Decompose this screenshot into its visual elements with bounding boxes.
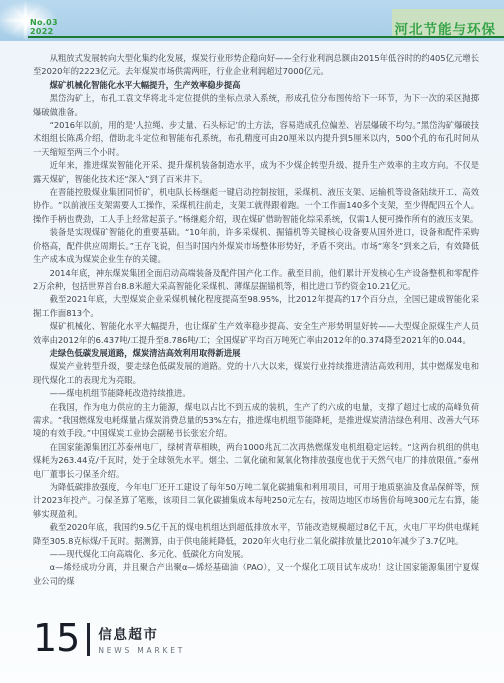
article-paragraph: 黑岱沟矿上，布孔工袁文华将北斗定位提供的坐标点录入系统，形成孔位分布图传给下一环…	[33, 92, 479, 119]
article-paragraph: α—烯烃成功分离，并且聚合产出聚α—烯烃基础油（PAO），又一个煤化工项目试车成…	[33, 561, 479, 588]
article-paragraph: 截至2021年底，大型煤炭企业采煤机械化程度提高至98.95%，比2012年提高…	[33, 293, 479, 320]
section-title-en: NEWS MARKET	[98, 646, 185, 655]
issue-block: No.03 2022	[30, 18, 58, 36]
article-paragraph: ——现代煤化工向高端化、多元化、低碳化方向发展。	[33, 548, 479, 561]
header-rule	[28, 36, 504, 38]
section-heading: 煤矿机械化智能化水平大幅提升，生产效率稳步提高	[33, 79, 479, 92]
page-footer: 15 信息超市 NEWS MARKET	[33, 617, 185, 659]
section-title-cn: 信息超市	[98, 623, 185, 643]
footer-titles: 信息超市 NEWS MARKET	[98, 617, 185, 655]
footer-divider	[87, 623, 90, 656]
issue-number: No.03	[30, 18, 58, 27]
header-band: No.03 2022 河北节能与环保	[0, 0, 504, 41]
article-paragraph: 2014年底，神东煤炭集团全面启动高端装备及配件国产化工作。截至目前，他们累计开…	[33, 267, 479, 294]
page-number: 15	[33, 617, 79, 659]
article-paragraph: 在我国，作为电力供应的主力能源，煤电以占比不到五成的装机，生产了约六成的电量，支…	[33, 401, 479, 441]
section-heading: 走绿色低碳发展道路，煤炭清洁高效利用取得新进展	[33, 347, 479, 360]
article-paragraph: 煤矿机械化、智能化水平大幅提升，也让煤矿生产效率稳步提高、安全生产形势明显好转—…	[33, 320, 479, 347]
magazine-page: No.03 2022 河北节能与环保 从粗放式发展转向大型化集约化发展，煤炭行业…	[0, 0, 504, 683]
article-paragraph: “2016年以前，用的是‘人拉绳、步丈量、石头标记’的土方法，容易造成孔位偏差、…	[33, 119, 479, 159]
issue-year: 2022	[30, 27, 58, 36]
article-paragraph: 为降低碳排放强度，今年电厂还开工建设了每年50万吨二氧化碳捕集和利用项目，可用于…	[33, 481, 479, 521]
article-paragraph: ——煤电机组节能降耗改造持续推进。	[33, 387, 479, 400]
article-paragraph: 煤炭产业转型升级，要走绿色低碳发展的道路。党的十八大以来，煤炭行业持续推进清洁高…	[33, 360, 479, 387]
article-paragraph: 在晋能控股煤业集团同忻矿，机电队长杨继彪一键启动控制按钮，采煤机、液压支架、运输…	[33, 186, 479, 226]
journal-title: 河北节能与环保	[395, 18, 497, 38]
article-paragraph: 截至2020年底，我国约9.5亿千瓦的煤电机组达到超低排放水平，节能改造规模超过…	[33, 521, 479, 548]
article-paragraph: 在国家能源集团江苏泰州电厂，绿树青草相映，两台1000兆瓦二次再热燃煤发电机组稳…	[33, 441, 479, 481]
article-paragraph: 从粗放式发展转向大型化集约化发展，煤炭行业形势企稳向好——全行业利润总额由201…	[33, 52, 479, 79]
article-paragraph: 装备是实现煤矿智能化的重要基础。“10年前，许多采煤机、掘锚机等关键核心设备要从…	[33, 226, 479, 266]
article-body: 从粗放式发展转向大型化集约化发展，煤炭行业形势企稳向好——全行业利润总额由201…	[33, 52, 479, 608]
article-paragraph: 近年来，推进煤炭智能化开采、提升煤机装备制造水平，成为不少煤企转型升级、提升生产…	[33, 159, 479, 186]
